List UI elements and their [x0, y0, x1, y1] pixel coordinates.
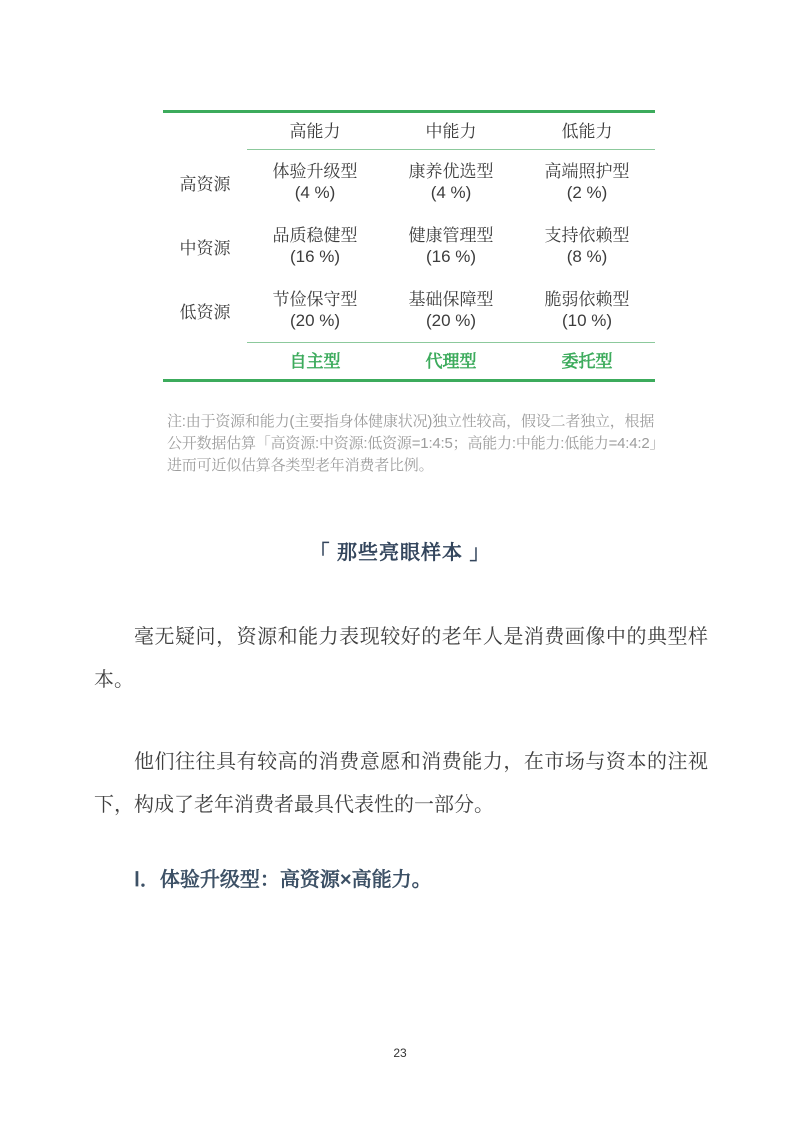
segment-name: 品质稳健型 — [247, 225, 383, 246]
table-note: 注:由于资源和能力(主要指身体健康状况)独立性较高，假设二者独立，根据公开数据估… — [167, 411, 664, 477]
segment-pct: (20 %) — [383, 310, 519, 331]
table-cell: 支持依赖型 (8 %) — [519, 225, 655, 267]
segment-name: 基础保障型 — [383, 289, 519, 310]
col-header-high-ability: 高能力 — [247, 121, 383, 142]
segment-pct: (4 %) — [247, 182, 383, 203]
section-title: 「 那些亮眼样本 」 — [0, 538, 800, 568]
table-cell: 节俭保守型 (20 %) — [247, 289, 383, 331]
segment-pct: (20 %) — [247, 310, 383, 331]
segment-name: 节俭保守型 — [247, 289, 383, 310]
segment-name: 体验升级型 — [247, 161, 383, 182]
segment-pct: (8 %) — [519, 246, 655, 267]
footer-label-autonomous: 自主型 — [247, 351, 383, 372]
body-paragraph-2: 他们往往具有较高的消费意愿和消费能力，在市场与资本的注视下，构成了老年消费者最具… — [94, 741, 708, 827]
row-label: 中资源 — [163, 234, 247, 259]
segment-name: 健康管理型 — [383, 225, 519, 246]
segment-name: 支持依赖型 — [519, 225, 655, 246]
table-row-mid-resource: 中资源 品质稳健型 (16 %) 健康管理型 (16 %) 支持依赖型 (8 %… — [163, 214, 655, 278]
col-header-mid-ability: 中能力 — [383, 121, 519, 142]
table-row-high-resource: 高资源 体验升级型 (4 %) 康养优选型 (4 %) 高端照护型 (2 %) — [163, 150, 655, 214]
segment-pct: (4 %) — [383, 182, 519, 203]
table-header-row: 高能力 中能力 低能力 — [163, 113, 655, 149]
segment-name: 高端照护型 — [519, 161, 655, 182]
document-page: 高能力 中能力 低能力 高资源 体验升级型 (4 %) 康养优选型 (4 %) … — [0, 0, 800, 1131]
table-cell: 康养优选型 (4 %) — [383, 161, 519, 203]
table-cell: 脆弱依赖型 (10 %) — [519, 289, 655, 331]
segment-pct: (10 %) — [519, 310, 655, 331]
table-bottom-rule — [163, 379, 655, 382]
page-number: 23 — [0, 1046, 800, 1060]
col-header-low-ability: 低能力 — [519, 121, 655, 142]
row-label: 高资源 — [163, 170, 247, 195]
segment-pct: (16 %) — [383, 246, 519, 267]
capability-resource-matrix-table: 高能力 中能力 低能力 高资源 体验升级型 (4 %) 康养优选型 (4 %) … — [163, 110, 655, 382]
segment-name: 脆弱依赖型 — [519, 289, 655, 310]
segment-pct: (16 %) — [247, 246, 383, 267]
table-footer-row: 自主型 代理型 委托型 — [163, 343, 655, 379]
table-row-low-resource: 低资源 节俭保守型 (20 %) 基础保障型 (20 %) 脆弱依赖型 (10 … — [163, 278, 655, 342]
table-cell: 品质稳健型 (16 %) — [247, 225, 383, 267]
footer-label-proxy: 代理型 — [383, 351, 519, 372]
segment-pct: (2 %) — [519, 182, 655, 203]
footer-label-entrusted: 委托型 — [519, 351, 655, 372]
table-cell: 基础保障型 (20 %) — [383, 289, 519, 331]
table-cell: 健康管理型 (16 %) — [383, 225, 519, 267]
table-cell: 高端照护型 (2 %) — [519, 161, 655, 203]
table-cell: 体验升级型 (4 %) — [247, 161, 383, 203]
segment-name: 康养优选型 — [383, 161, 519, 182]
row-label: 低资源 — [163, 298, 247, 323]
body-paragraph-1: 毫无疑问，资源和能力表现较好的老年人是消费画像中的典型样本。 — [94, 616, 708, 702]
subheading-experience-upgrade: Ⅰ．体验升级型：高资源×高能力。 — [94, 865, 708, 895]
